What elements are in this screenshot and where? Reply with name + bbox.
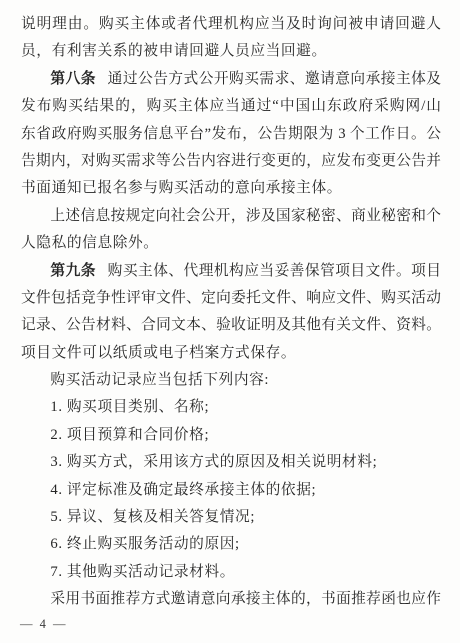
- text-line: 3. 购买方式，采用该方式的原因及相关说明材料;: [21, 449, 441, 476]
- page-number: — 4 —: [20, 614, 68, 634]
- text-line: 发布购买结果的，购买主体应当通过“中国山东政府采购网/山: [21, 93, 441, 120]
- text-line: 告期内，对购买需求等公告内容进行变更的，应发布变更公告并: [21, 148, 441, 175]
- text-line: 7. 其他购买活动记录材料。: [21, 559, 441, 586]
- text-line: 记录、公告材料、合同文本、验收证明及其他有关文件、资料。: [21, 312, 441, 339]
- text-line: 说明理由。购买主体或者代理机构应当及时询问被申请回避人: [21, 11, 441, 38]
- text-line: 购买活动记录应当包括下列内容:: [21, 367, 441, 394]
- text-line: 文件包括竞争性评审文件、定向委托文件、响应文件、购买活动: [21, 285, 441, 312]
- text-line: 第八条通过公告方式公开购买需求、邀请意向承接主体及: [21, 66, 441, 93]
- text-line: 4. 评定标准及确定最终承接主体的依据;: [21, 477, 441, 504]
- text-line: 采用书面推荐方式邀请意向承接主体的，书面推荐函也应作: [21, 586, 441, 613]
- text-line: 2. 项目预算和合同价格;: [21, 422, 441, 449]
- text-line: 项目文件可以纸质或电子档案方式保存。: [21, 340, 441, 367]
- text-line: 书面通知已报名参与购买活动的意向承接主体。: [21, 175, 441, 202]
- text-line: 第九条购买主体、代理机构应当妥善保管项目文件。项目: [21, 258, 441, 285]
- text-line: 东省政府购买服务信息平台”发布，公告期限为 3 个工作日。公: [21, 121, 441, 148]
- document-text: 说明理由。购买主体或者代理机构应当及时询问被申请回避人员，有利害关系的被申请回避…: [21, 11, 441, 614]
- document-page: 说明理由。购买主体或者代理机构应当及时询问被申请回避人员，有利害关系的被申请回避…: [0, 0, 460, 643]
- article-number: 第八条: [50, 71, 96, 87]
- text-line: 上述信息按规定向社会公开，涉及国家秘密、商业秘密和个: [21, 203, 441, 230]
- text-line: 1. 购买项目类别、名称;: [21, 394, 441, 421]
- text-line: 5. 异议、复核及相关答复情况;: [21, 504, 441, 531]
- text-line: 6. 终止购买服务活动的原因;: [21, 531, 441, 558]
- article-number: 第九条: [50, 263, 96, 279]
- text-line: 员，有利害关系的被申请回避人员应当回避。: [21, 38, 441, 65]
- text-line: 人隐私的信息除外。: [21, 230, 441, 257]
